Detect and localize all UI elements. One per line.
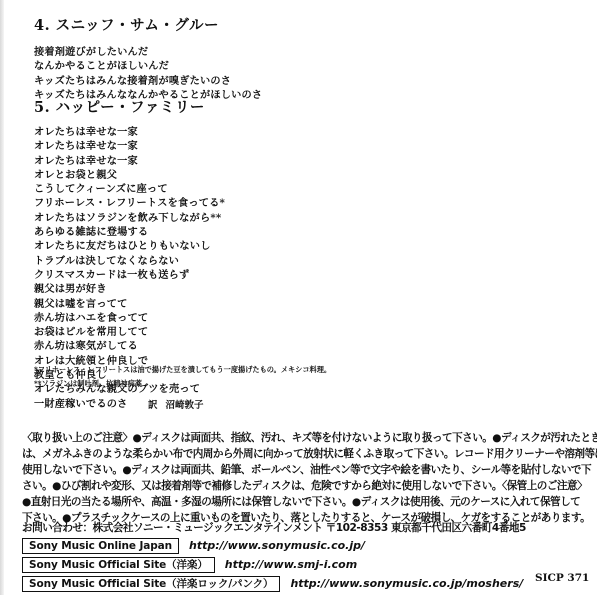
footnotes: *フリホーレス・レフリートスは油で揚げた豆を潰してもう一度揚げたもの。メキシコ料…: [34, 363, 331, 391]
lyric-line: キッズたちはみんな接着剤が嗅ぎたいのさ: [34, 74, 434, 88]
caution-line: さい。●ひび割れや変形、又は接着剤等で補修したディスクは、危険ですから絶対に使用…: [22, 478, 597, 494]
site-label-box: Sony Music Official Site（洋楽ロック/パンク）: [22, 576, 280, 592]
song-title: 4. スニッフ・サム・グルー: [34, 14, 434, 35]
lyric-line: オレとお袋と親父: [34, 168, 225, 182]
caution-line: ●直射日光の当たる場所や、高温・多湿の場所には保管しないで下さい。●ディスクは使…: [22, 494, 597, 510]
lyric-line: こうしてクィーンズに座って: [34, 182, 225, 196]
footnote: *フリホーレス・レフリートスは油で揚げた豆を潰してもう一度揚げたもの。メキシコ料…: [34, 363, 331, 377]
link-row: Sony Music Official Site（洋楽） http://www.…: [22, 555, 523, 574]
footnote: **ソラジンは制吐剤、抗精神病薬: [34, 377, 331, 391]
contact-info: お問い合わせ：株式会社ソニー・ミュージックエンタテインメント 〒102-8353…: [22, 520, 526, 535]
lyric-line: クリスマスカードは一枚も送らず: [34, 268, 225, 282]
site-url[interactable]: http://www.smj-i.com: [225, 558, 357, 571]
site-url[interactable]: http://www.sonymusic.co.jp/: [189, 539, 365, 552]
song-title: 5. ハッピー・ファミリー: [34, 96, 225, 117]
translator-name: 沼崎敦子: [166, 400, 204, 411]
lyric-line: 親父は男が好き: [34, 282, 225, 296]
lyric-line: あらゆる雑誌に登場する: [34, 225, 225, 239]
lyric-line: お袋はピルを常用してて: [34, 325, 225, 339]
catalog-number: SICP 371: [535, 572, 589, 584]
lyric-line: 赤ん坊はハエを食ってて: [34, 311, 225, 325]
caution-line: は、メガネふきのような柔らかい布で内周から外周に向かって放射状に軽くふき取って下…: [22, 446, 597, 462]
lyric-line: トラブルは決してなくならない: [34, 254, 225, 268]
lyric-line: なんかやることがほしいんだ: [34, 59, 434, 73]
lyric-line: 赤ん坊は寒気がしてる: [34, 339, 225, 353]
lyric-line: オレたちに友だちはひとりもいないし: [34, 239, 225, 253]
site-label-box: Sony Music Official Site（洋楽）: [22, 557, 215, 573]
lyric-line: オレたちは幸せな一家: [34, 139, 225, 153]
website-links: Sony Music Online Japan http://www.sonym…: [22, 536, 523, 593]
site-label-box: Sony Music Online Japan: [22, 538, 179, 554]
caution-line: 使用しないで下さい。●ディスクは両面共、鉛筆、ボールペン、油性ペン等で文字や絵を…: [22, 462, 597, 478]
scan-edge-shadow: [0, 0, 4, 595]
lyric-line: フリホーレス・レフリートスを食ってる*: [34, 196, 225, 210]
translator-credit: 訳沼崎敦子: [148, 397, 212, 411]
link-row: Sony Music Online Japan http://www.sonym…: [22, 536, 523, 555]
site-url[interactable]: http://www.sonymusic.co.jp/moshers/: [290, 577, 523, 590]
lyric-line: オレたちはソラジンを飲み下しながら**: [34, 211, 225, 225]
lyric-line: オレたちは幸せな一家: [34, 125, 225, 139]
translator-label: 訳: [148, 400, 158, 411]
caution-line: 〈取り扱い上のご注意〉●ディスクは両面共、指紋、汚れ、キズ等を付けないように取り…: [22, 430, 597, 446]
song-4-lyrics: 4. スニッフ・サム・グルー 接着剤遊びがしたいんだ なんかやることがほしいんだ…: [34, 14, 434, 102]
lyric-line: オレたちは幸せな一家: [34, 154, 225, 168]
lyric-line: 接着剤遊びがしたいんだ: [34, 45, 434, 59]
lyric-line: 親父は嘘を言ってて: [34, 297, 225, 311]
link-row: Sony Music Official Site（洋楽ロック/パンク） http…: [22, 574, 523, 593]
handling-caution: 〈取り扱い上のご注意〉●ディスクは両面共、指紋、汚れ、キズ等を付けないように取り…: [22, 430, 597, 526]
